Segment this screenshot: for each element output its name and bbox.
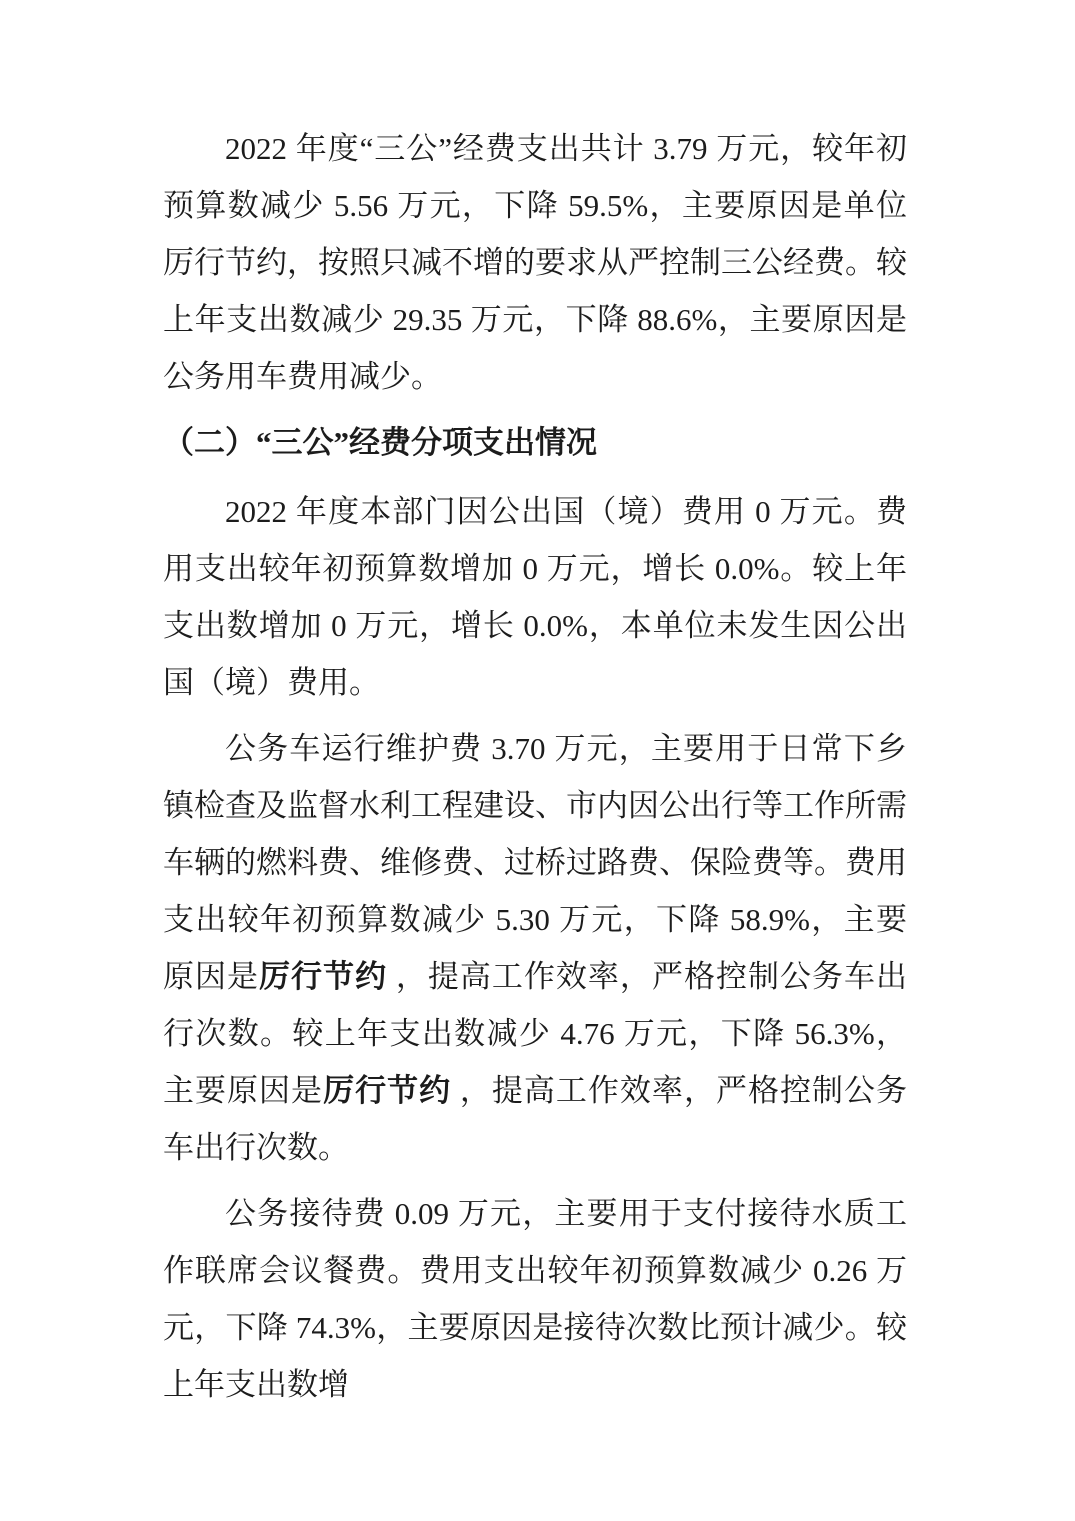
vehicle-text-segment-1: 公务车运行维护费 3.70 万元，主要用于日常下乡镇检查及监督水利工程建设、市内… <box>163 731 907 994</box>
emphasis-frugality-2: 厉行节约 <box>323 1073 451 1108</box>
para-three-public-summary: 2022 年度“三公”经费支出共计 3.79 万元，较年初预算数减少 5.56 … <box>163 120 907 405</box>
document-content: 2022 年度“三公”经费支出共计 3.79 万元，较年初预算数减少 5.56 … <box>163 120 907 1413</box>
para-vehicle-expense: 公务车运行维护费 3.70 万元，主要用于日常下乡镇检查及监督水利工程建设、市内… <box>163 720 907 1176</box>
para-reception-expense: 公务接待费 0.09 万元，主要用于支付接待水质工作联席会议餐费。费用支出较年初… <box>163 1185 907 1413</box>
emphasis-frugality-1: 厉行节约 <box>259 959 387 994</box>
para-abroad-expense: 2022 年度本部门因公出国（境）费用 0 万元。费用支出较年初预算数增加 0 … <box>163 483 907 711</box>
document-page: 2022 年度“三公”经费支出共计 3.79 万元，较年初预算数减少 5.56 … <box>0 0 1075 1521</box>
heading-three-public-itemized: （二）“三公”经费分项支出情况 <box>163 414 907 471</box>
